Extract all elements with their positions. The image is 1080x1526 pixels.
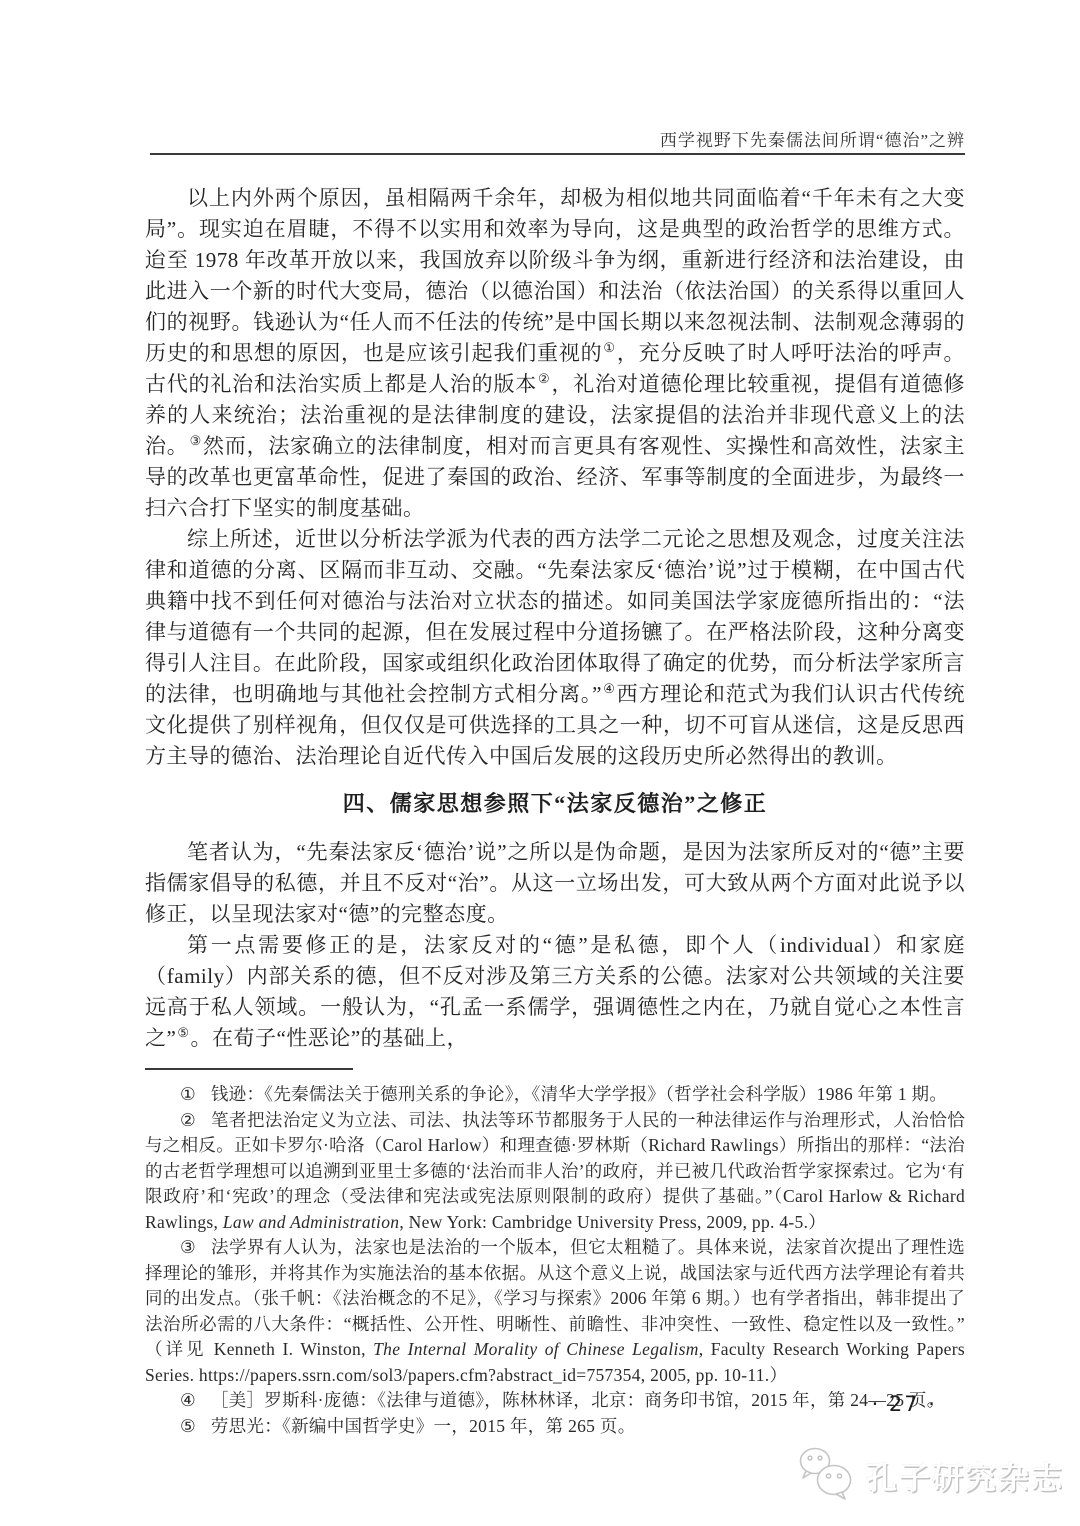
body-paragraph: 第一点需要修正的是，法家反对的“德”是私德，即个人（individual）和家庭…	[145, 930, 965, 1054]
footnote-reference: ③	[189, 433, 203, 448]
footnotes: ①钱逊：《先秦儒法关于德刑关系的争论》，《清华大学学报》（哲学社会科学版）198…	[145, 1082, 965, 1439]
watermark-text: 孔子研究杂志	[866, 1453, 1064, 1498]
footnote-marker: ③	[180, 1237, 196, 1257]
running-header-title: 西学视野下先秦儒法间所谓“德治”之辨	[150, 126, 965, 151]
footnote-item: ④［美］罗斯科·庞德：《法律与道德》，陈林林译，北京：商务印书馆，2015 年，…	[145, 1388, 965, 1414]
footnote-item: ③法学界有人认为，法家也是法治的一个版本，但它太粗糙了。具体来说，法家首次提出了…	[145, 1235, 965, 1388]
footnote-text: , New York: Cambridge University Press, …	[399, 1212, 826, 1232]
article-body: 以上内外两个原因，虽相隔两千余年，却极为相似地共同面临着“千年未有之大变局”。现…	[145, 183, 965, 1439]
journal-watermark: 孔子研究杂志	[796, 1445, 1064, 1506]
page-number: · 27 ·	[872, 1392, 937, 1416]
wechat-bubbles-icon	[796, 1445, 858, 1506]
footnote-text: 劳思光：《新编中国哲学史》一，2015 年，第 265 页。	[211, 1416, 636, 1436]
footnote-marker: ②	[180, 1110, 196, 1130]
footnote-text: 钱逊：《先秦儒法关于德刑关系的争论》，《清华大学学报》（哲学社会科学版）1986…	[211, 1084, 947, 1104]
journal-page: 西学视野下先秦儒法间所谓“德治”之辨 以上内外两个原因，虽相隔两千余年，却极为相…	[0, 0, 1080, 1526]
footnote-reference: ⑤	[176, 1025, 190, 1040]
body-paragraph: 综上所述，近世以分析法学派为代表的西方法学二元论之思想及观念，过度关注法律和道德…	[145, 524, 965, 772]
footnote-item: ②笔者把法治定义为立法、司法、执法等环节都服务于人民的一种法律运作与治理形式，人…	[145, 1108, 965, 1236]
footnote-reference: ①	[602, 340, 616, 355]
footnote-marker: ⑤	[180, 1416, 196, 1436]
footnote-marker: ①	[180, 1084, 196, 1104]
footnote-work-title: The Internal Morality of Chinese Legalis…	[373, 1339, 699, 1359]
body-paragraph: 以上内外两个原因，虽相隔两千余年，却极为相似地共同面临着“千年未有之大变局”。现…	[145, 183, 965, 524]
footnote-text: ［美］罗斯科·庞德：《法律与道德》，陈林林译，北京：商务印书馆，2015 年，第…	[211, 1390, 945, 1410]
section-heading: 四、儒家思想参照下“法家反德治”之修正	[145, 788, 965, 819]
footnote-work-title: Law and Administration	[223, 1212, 399, 1232]
footnote-separator	[145, 1068, 353, 1070]
footnote-marker: ④	[180, 1390, 196, 1410]
body-paragraph: 笔者认为，“先秦法家反‘德治’说”之所以是伪命题，是因为法家所反对的“德”主要指…	[145, 837, 965, 930]
footnote-item: ①钱逊：《先秦儒法关于德刑关系的争论》，《清华大学学报》（哲学社会科学版）198…	[145, 1082, 965, 1108]
footnote-reference: ②	[537, 371, 551, 386]
footnote-reference: ④	[602, 681, 617, 696]
footnote-item: ⑤劳思光：《新编中国哲学史》一，2015 年，第 265 页。	[145, 1414, 965, 1440]
header-rule	[150, 153, 965, 155]
